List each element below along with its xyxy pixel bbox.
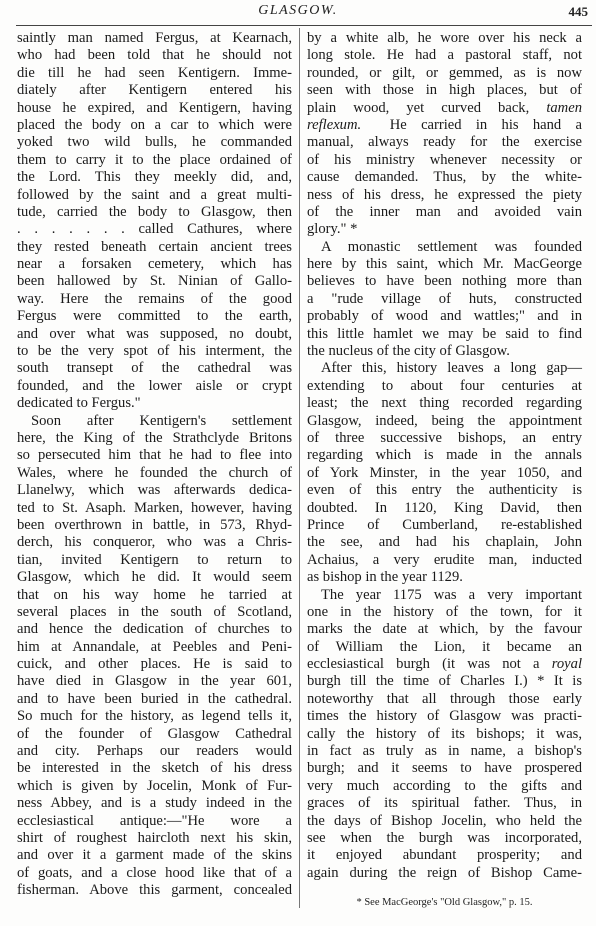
text-line: of his ministry whenever necessity or	[307, 152, 582, 169]
text-line: of three successive bishops, an entry	[307, 430, 582, 447]
page-number: 445	[569, 4, 589, 20]
text-line: and hence the dedication of churches to	[17, 621, 292, 638]
italic-word: royal	[552, 656, 582, 672]
text-line: ecclesiastical antique:—"He wore a	[17, 813, 292, 830]
text-line: they rested beneath certain ancient tree…	[17, 239, 292, 256]
header-rule	[16, 25, 592, 26]
text-line: the days of Bishop Jocelin, who held the	[307, 813, 582, 830]
column-divider	[299, 28, 300, 908]
text-line: least; the next thing recorded regarding	[307, 395, 582, 412]
paragraph-start: Soon after Kentigern's settlement	[17, 413, 292, 430]
text-line: burgh till the time of Charles I.) * It …	[307, 673, 582, 690]
text-line: and to have been buried in the cathedral…	[17, 691, 292, 708]
paragraph-start: The year 1175 was a very important	[307, 587, 582, 604]
text-line: regarding which is made in the annals	[307, 447, 582, 464]
text-line: Fergus were committed to the earth,	[17, 308, 292, 325]
text-line: reflexum. He carried in his hand a	[307, 117, 582, 134]
text-line: shirt of roughest haircloth next his ski…	[17, 830, 292, 847]
text-line: who had been told that he should not	[17, 47, 292, 64]
text-line: seen with those in high places, but of	[307, 82, 582, 99]
text-line: ness Abbey, and is a study indeed in the	[17, 795, 292, 812]
text-line: house he expired, and Kentigern, having	[17, 100, 292, 117]
text-line: the see, and had his chaplain, John	[307, 534, 582, 551]
text-line: be interested in the sketch of his dress	[17, 760, 292, 777]
text-line: and over what was supposed, no doubt,	[17, 326, 292, 343]
text-line: as bishop in the year 1129.	[307, 569, 582, 586]
text-line: very much according to the gifts and	[307, 778, 582, 795]
text-line: burgh; and it seems to have prospered	[307, 760, 582, 777]
text-line: long stole. He had a pastoral staff, not	[307, 47, 582, 64]
text-line: Glasgow, which he did. It would seem	[17, 569, 292, 586]
text-segment: He carried in his hand a	[361, 117, 582, 133]
running-head: GLASGOW. 445	[0, 3, 596, 21]
text-line: a "rude village of huts, constructed	[307, 291, 582, 308]
text-line: been overthrown in battle, in 573, Rhyd-	[17, 517, 292, 534]
running-title: GLASGOW.	[0, 3, 596, 19]
text-line: followed by the saint and a great multi-	[17, 187, 292, 204]
italic-latin-word: reflexum.	[307, 117, 361, 133]
text-line: tian, invited Kentigern to return to	[17, 552, 292, 569]
text-line: Wales, where he founded the church of	[17, 465, 292, 482]
text-line: to be the very spot of his interment, th…	[17, 343, 292, 360]
text-line: graces of its spiritual father. Thus, in	[307, 795, 582, 812]
text-line: them to carry it to the place ordained o…	[17, 152, 292, 169]
text-line: of William the Lion, it became an	[307, 639, 582, 656]
text-line: So much for the history, as legend tells…	[17, 708, 292, 725]
text-line-with-italic: plain wood, yet curved back, tamen	[307, 100, 582, 117]
text-line: diately after Kentigern entered his	[17, 82, 292, 99]
text-line: him at Annandale, at Peebles and Peni-	[17, 639, 292, 656]
text-line: ted to St. Asaph. Marken, however, havin…	[17, 500, 292, 517]
text-line: that on his way home he tarried at	[17, 587, 292, 604]
text-line: the nucleus of the city of Glasgow.	[307, 343, 582, 360]
text-line: marks the date at which, by the favour	[307, 621, 582, 638]
text-line: yoked two wild bulls, he commanded	[17, 134, 292, 151]
italic-latin-word: tamen	[546, 100, 582, 116]
text-line: dedicated to Fergus."	[17, 395, 292, 412]
text-line: of goats, and a close hood like that of …	[17, 865, 292, 882]
text-line: have died in Glasgow in the year 601,	[17, 673, 292, 690]
text-line: extending to about four centuries at	[307, 378, 582, 395]
text-segment: ecclesiastical burgh (it was not a	[307, 656, 540, 672]
text-line: several places in the south of Scotland,	[17, 604, 292, 621]
text-line: here, the King of the Strathclyde Briton…	[17, 430, 292, 447]
text-line: of York Minster, in the year 1050, and	[307, 465, 582, 482]
text-line: in fact as truly as in name, a bishop's	[307, 743, 582, 760]
text-line: of the founder of Glasgow Cathedral	[17, 726, 292, 743]
text-line: die till he had seen Kentigern. Imme-	[17, 65, 292, 82]
right-column: by a white alb, he wore over his neck a …	[307, 30, 582, 882]
paragraph-start: After this, history leaves a long gap—	[307, 360, 582, 377]
text-line: Llanelwy, which was afterwards dedica-	[17, 482, 292, 499]
text-line: and city. Perhaps our readers would	[17, 743, 292, 760]
text-line: cally the history of its bishops; it was…	[307, 726, 582, 743]
text-line: which is given by Jocelin, Monk of Fur-	[17, 778, 292, 795]
text-line: way. Here the remains of the good	[17, 291, 292, 308]
text-line: so persecuted him that he had to flee in…	[17, 447, 292, 464]
text-line: again during the reign of Bishop Came-	[307, 865, 582, 882]
text-line: doubted. In 1120, King David, then	[307, 500, 582, 517]
text-line: derch, his conqueror, who was a Chris-	[17, 534, 292, 551]
text-line: cause demanded. Thus, by the white-	[307, 169, 582, 186]
paragraph-start: A monastic settlement was founded	[307, 239, 582, 256]
text-line: see when the burgh was incorporated,	[307, 830, 582, 847]
text-line: tude, carried the body to Glasgow, then	[17, 204, 292, 221]
text-line: . . . . . . . called Cathures, where	[17, 221, 292, 238]
text-line: Glasgow, indeed, being the appointment	[307, 413, 582, 430]
text-line: and over it a garment made of the skins	[17, 847, 292, 864]
book-page: GLASGOW. 445 saintly man named Fergus, a…	[0, 0, 596, 926]
text-line: rounded, or gilt, or gemmed, as is now	[307, 65, 582, 82]
text-line: probably of wood and wattles;" and in	[307, 308, 582, 325]
text-line: placed the body on a car to which were	[17, 117, 292, 134]
text-line: been hallowed by St. Ninian of Gallo-	[17, 273, 292, 290]
text-line: manual, always ready for the exercise	[307, 134, 582, 151]
text-line-with-italic: ecclesiastical burgh (it was not a royal	[307, 656, 582, 673]
text-line: it enjoyed abundant prosperity; and	[307, 847, 582, 864]
text-line: one in the history of the town, for it	[307, 604, 582, 621]
text-line: glory." *	[307, 221, 582, 238]
text-line: saintly man named Fergus, at Kearnach,	[17, 30, 292, 47]
text-line: ness of his dress, he expressed the piet…	[307, 187, 582, 204]
text-line: Achaius, a very erudite man, inducted	[307, 552, 582, 569]
text-line: here by this saint, which Mr. MacGeorge	[307, 256, 582, 273]
text-line: times the history of Glasgow was practi-	[307, 708, 582, 725]
text-line: fisherman. Above this garment, concealed	[17, 882, 292, 899]
text-line: founded, and the lower aisle or crypt	[17, 378, 292, 395]
text-line: this little hamlet we may be said to fin…	[307, 326, 582, 343]
footnote: * See MacGeorge's "Old Glasgow," p. 15.	[307, 897, 582, 908]
text-line: Prince of Cumberland, re-established	[307, 517, 582, 534]
text-line: south transept of the cathedral was	[17, 360, 292, 377]
text-line: by a white alb, he wore over his neck a	[307, 30, 582, 47]
text-segment: plain wood, yet curved back,	[307, 100, 529, 116]
text-line: believes to have been nothing more than	[307, 273, 582, 290]
left-column: saintly man named Fergus, at Kearnach, w…	[17, 30, 292, 900]
text-line: the Lord. This they meekly did, and,	[17, 169, 292, 186]
text-line: noteworthy that all through those early	[307, 691, 582, 708]
text-line: of the inner man and avoided vain	[307, 204, 582, 221]
text-line: even of this entry the authenticity is	[307, 482, 582, 499]
text-line: near a forsaken cemetery, which has	[17, 256, 292, 273]
text-line: cuick, and other places. He is said to	[17, 656, 292, 673]
